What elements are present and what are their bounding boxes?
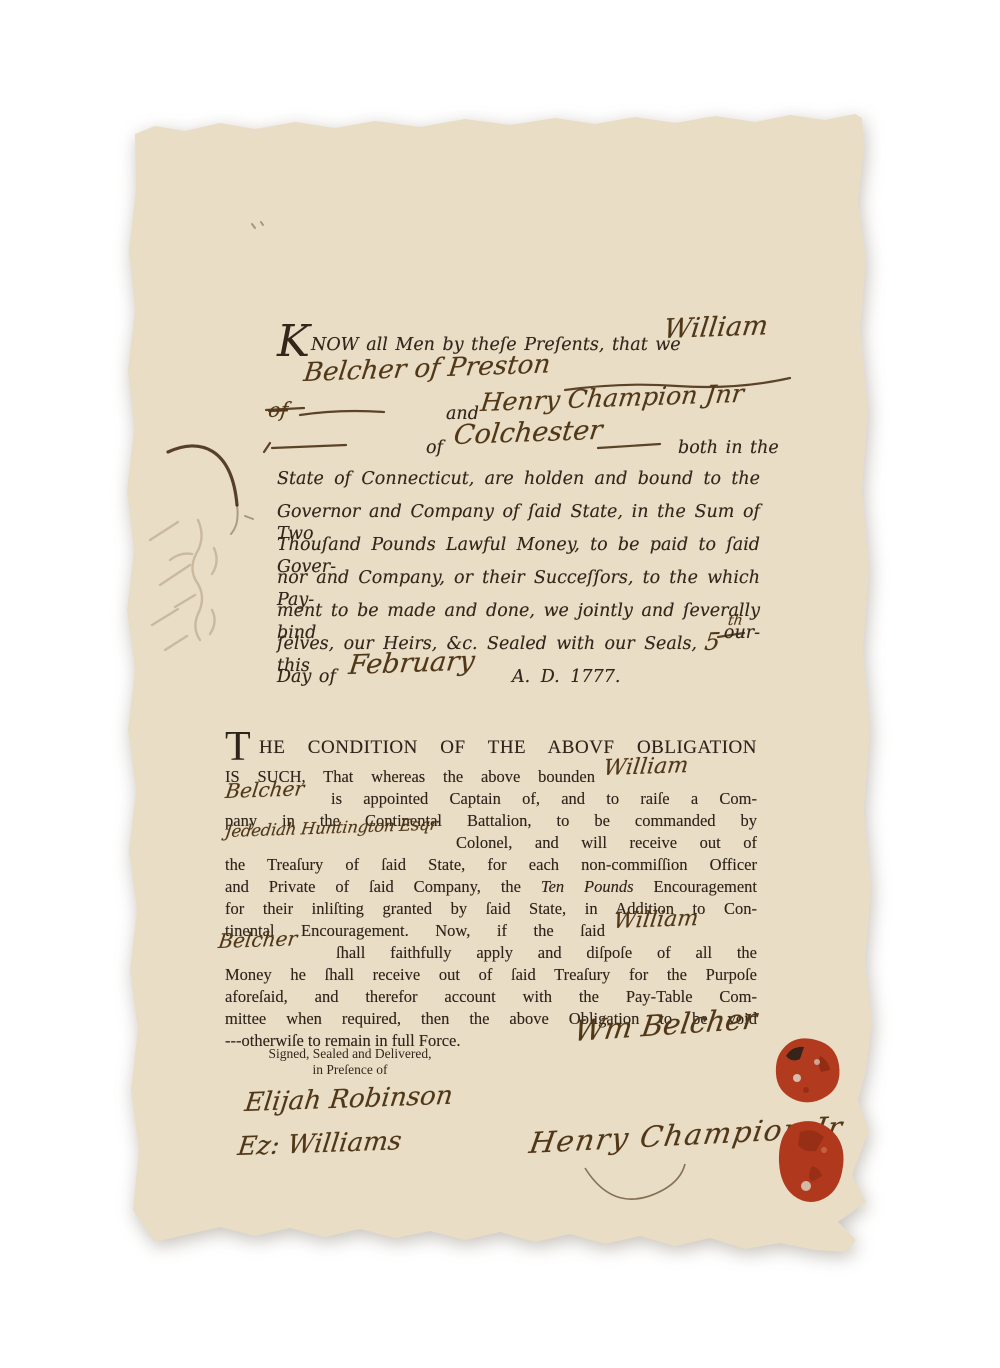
condition-line11: aforeſaid, and therefor account with the… (225, 986, 757, 1007)
print-year: A. D. 1777. (512, 666, 620, 688)
hw-william-2: William (602, 753, 690, 781)
print-of: of (426, 437, 443, 459)
paper-shadow-wrap (0, 0, 1000, 1368)
condition-line6a: and Private of ſaid Company, the (225, 877, 521, 896)
hw-day-ordinal: th (727, 612, 744, 629)
condition-line6b: Encouragement (653, 877, 757, 896)
opening-line10: ſelves, our Heirs, &c. Sealed with our S… (277, 633, 697, 677)
hw-william-1: William (662, 310, 770, 345)
condition-line10: Money he ſhall receive out of ſaid Treaſ… (225, 964, 757, 985)
condition-line6: and Private of ſaid Company, the Ten Pou… (225, 876, 757, 897)
signature-ez-williams: Ez: Williams (236, 1126, 403, 1162)
print-both-in-the: both in the (678, 437, 779, 459)
condition-line4: Colonel, and will receive out of (456, 832, 757, 853)
document-paper (125, 110, 875, 1260)
opening-line5: State of Connecticut, are holden and bou… (277, 468, 760, 490)
hw-struck-of: of (267, 397, 290, 422)
hw-belcher-3: Belcher (217, 926, 299, 953)
condition-line6-italic: Ten Pounds (541, 877, 634, 896)
hw-february: February (347, 646, 477, 681)
attestation-line1: Signed, Sealed and Delivered, (252, 1046, 448, 1062)
dropcap-t: T (225, 726, 251, 768)
attestation-line2: in Preſence of (252, 1062, 448, 1078)
hw-belcher-2: Belcher (224, 776, 306, 803)
condition-line9: ſhall faithfully apply and diſpoſe of al… (336, 942, 757, 963)
photo-background: K NOW all Men by theſe Preſents, that we… (0, 0, 1000, 1368)
condition-line5: the Treaſury of ſaid State, for each non… (225, 854, 757, 875)
hw-colchester: Colchester (452, 415, 604, 451)
condition-line2: is appointed Captain of, and to raiſe a … (331, 788, 757, 809)
print-day-of: Day of (277, 666, 336, 688)
hw-william-3: William (612, 906, 700, 934)
